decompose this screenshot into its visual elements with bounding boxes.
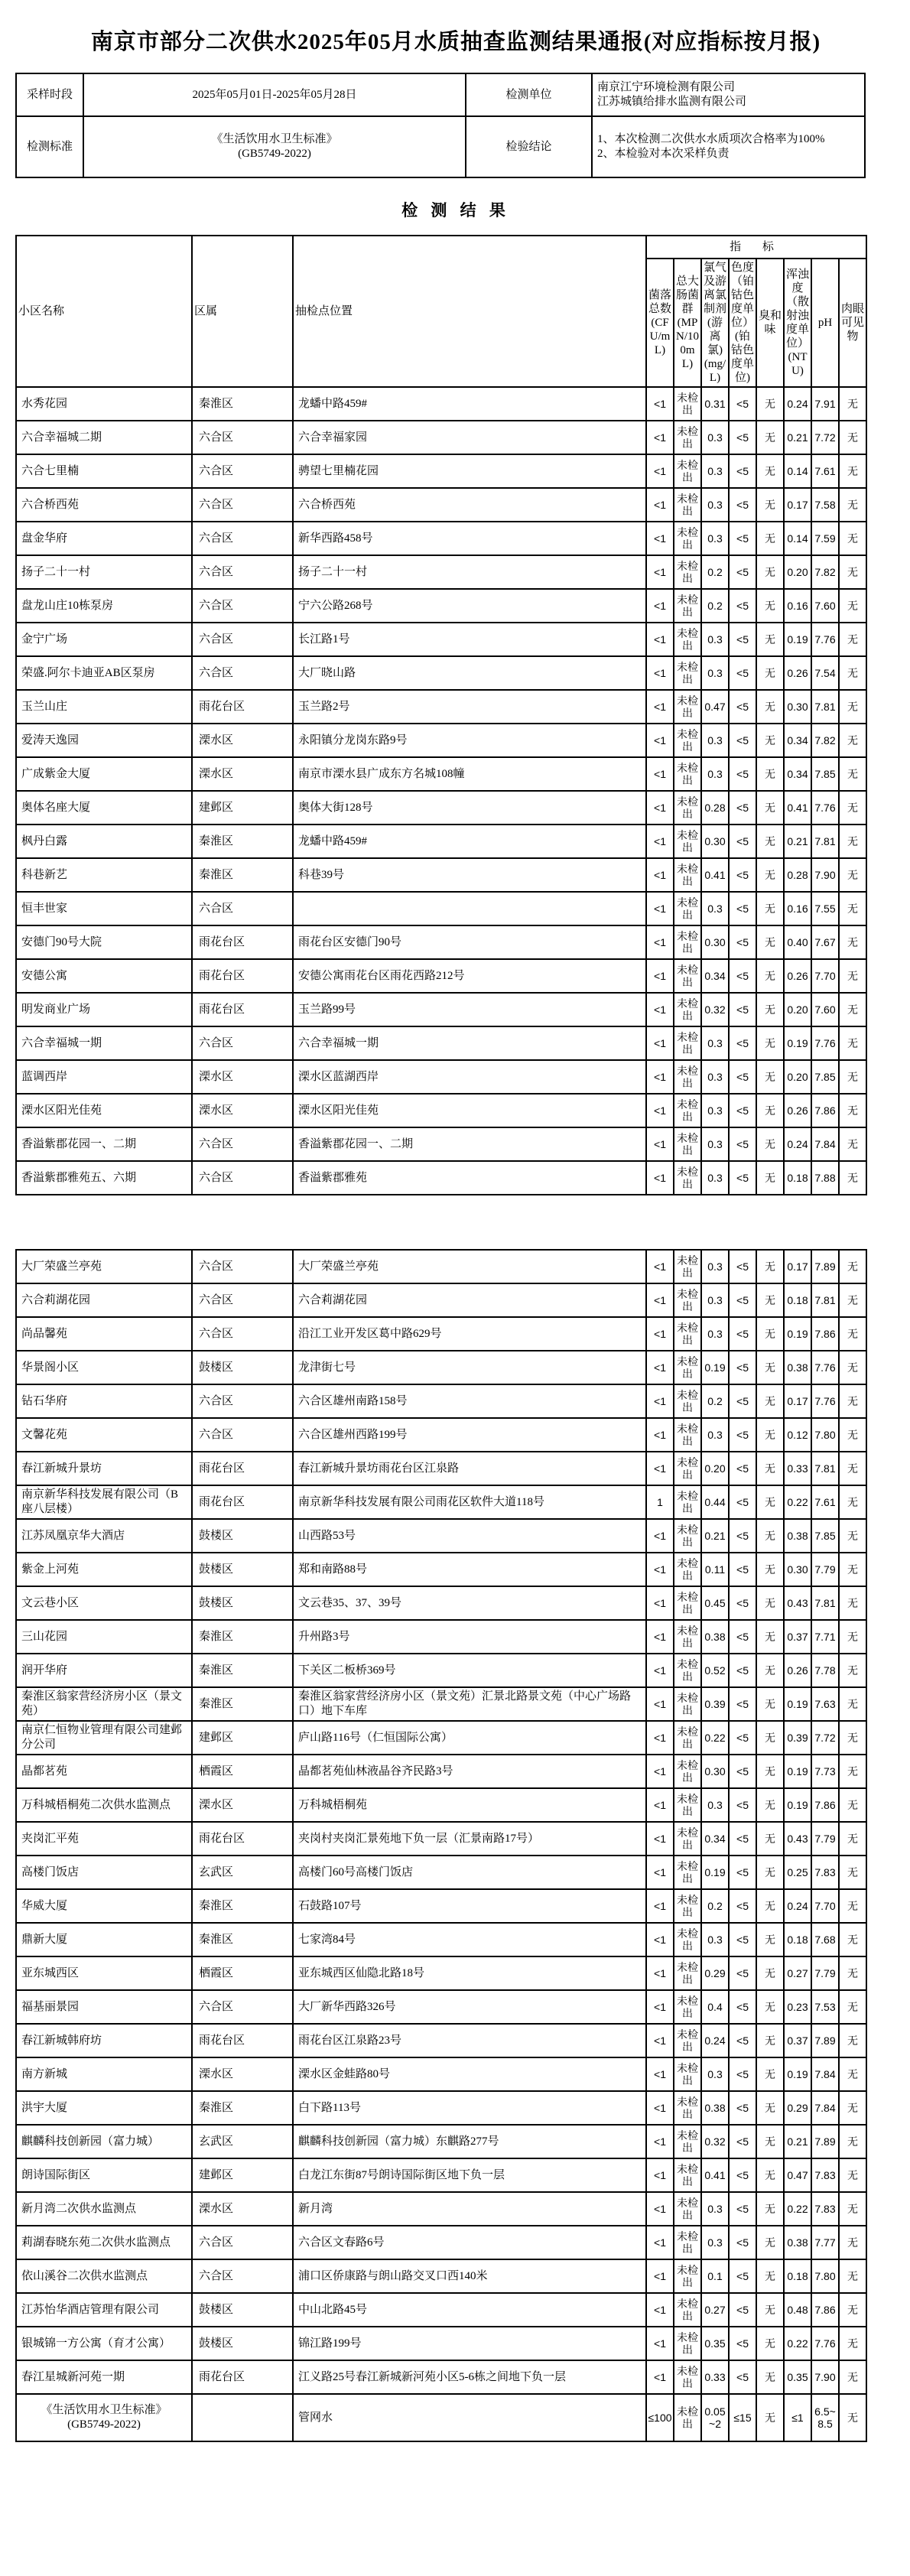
indicator-value-cell: 0.3 xyxy=(701,2226,729,2259)
indicator-value-cell: 未检出 xyxy=(674,2125,701,2158)
sampling-location-cell: 龙津街七号 xyxy=(293,1351,646,1384)
indicator-value-cell: 0.29 xyxy=(701,1956,729,1990)
header-row-group: 小区名称 区属 抽检点位置 指 标 xyxy=(16,236,866,259)
indicator-value-cell: 未检出 xyxy=(674,1721,701,1755)
indicator-value-cell: 无 xyxy=(839,959,866,993)
indicator-value-cell: <5 xyxy=(729,2125,756,2158)
page-title: 南京市部分二次供水2025年05月水质抽查监测结果通报(对应指标按月报) xyxy=(15,24,896,56)
indicator-value-cell: 0.30 xyxy=(701,1755,729,1788)
indicator-value-cell: 无 xyxy=(756,1384,784,1418)
sampling-location-cell: 大厂晓山路 xyxy=(293,656,646,690)
indicator-value-cell: 未检出 xyxy=(674,1956,701,1990)
community-name-cell: 扬子二十一村 xyxy=(16,555,192,589)
sampling-location-cell: 下关区二板桥369号 xyxy=(293,1654,646,1687)
indicator-value-cell: <1 xyxy=(646,791,674,825)
district-cell: 鼓楼区 xyxy=(192,1553,293,1586)
district-cell: 秦淮区 xyxy=(192,2091,293,2125)
indicator-value-cell: 无 xyxy=(756,2327,784,2360)
table-row: 文云巷小区鼓楼区文云巷35、37、39号<1未检出0.45<5无0.437.81… xyxy=(16,1586,866,1620)
indicator-value-cell: 7.86 xyxy=(811,1094,839,1127)
indicator-value-cell: <5 xyxy=(729,1923,756,1956)
indicator-value-cell: 无 xyxy=(839,892,866,925)
indicator-value-cell: <1 xyxy=(646,555,674,589)
district-cell: 六合区 xyxy=(192,1384,293,1418)
sampling-location-cell: 锦江路199号 xyxy=(293,2327,646,2360)
indicator-value-cell: 无 xyxy=(756,2091,784,2125)
indicator-value-cell: 0.34 xyxy=(701,959,729,993)
indicator-value-cell: 无 xyxy=(756,1755,784,1788)
indicator-value-cell: 0.20 xyxy=(701,1452,729,1485)
indicator-value-cell: 7.85 xyxy=(811,757,839,791)
indicator-value-cell: 6.5~8.5 xyxy=(811,2394,839,2441)
indicator-value-cell: 0.3 xyxy=(701,1161,729,1195)
table-row: 盘金华府六合区新华西路458号<1未检出0.3<5无0.147.59无 xyxy=(16,522,866,555)
indicator-value-cell: <5 xyxy=(729,892,756,925)
indicator-value-cell: <5 xyxy=(729,2226,756,2259)
indicator-value-cell: <5 xyxy=(729,825,756,858)
indicator-value-cell: 无 xyxy=(756,387,784,421)
indicator-value-cell: 未检出 xyxy=(674,1094,701,1127)
indicator-value-cell: 无 xyxy=(839,1721,866,1755)
indicator-value-cell: 无 xyxy=(839,1452,866,1485)
indicator-value-cell: 无 xyxy=(756,2259,784,2293)
indicator-value-cell: 无 xyxy=(756,488,784,522)
indicator-value-cell: 未检出 xyxy=(674,1822,701,1856)
indicator-value-cell: 0.24 xyxy=(784,387,811,421)
indicator-value-cell: 无 xyxy=(756,1485,784,1519)
indicator-value-cell: 7.84 xyxy=(811,2057,839,2091)
indicator-value-cell: 0.16 xyxy=(784,892,811,925)
indicator-value-cell: 未检出 xyxy=(674,2394,701,2441)
district-cell: 秦淮区 xyxy=(192,858,293,892)
table-row: 香溢紫郡花园一、二期六合区香溢紫郡花园一、二期<1未检出0.3<5无0.247.… xyxy=(16,1127,866,1161)
indicator-value-cell: 0.27 xyxy=(784,1956,811,1990)
district-cell: 鼓楼区 xyxy=(192,1519,293,1553)
indicator-value-cell: 无 xyxy=(839,1127,866,1161)
indicator-value-cell: 0.24 xyxy=(701,2024,729,2057)
indicator-value-cell: 未检出 xyxy=(674,1990,701,2024)
testing-unit-label: 检测单位 xyxy=(466,73,592,116)
indicator-value-cell: 0.22 xyxy=(784,1485,811,1519)
indicator-value-cell: <1 xyxy=(646,2024,674,2057)
sampling-location-cell: 长江路1号 xyxy=(293,623,646,656)
indicator-value-cell: 7.81 xyxy=(811,825,839,858)
indicator-value-cell: 未检出 xyxy=(674,1317,701,1351)
community-name-cell: 尚品馨苑 xyxy=(16,1317,192,1351)
info-row-sampling: 采样时段 2025年05月01日-2025年05月28日 检测单位 南京江宁环境… xyxy=(16,73,865,116)
indicator-value-cell: 未检出 xyxy=(674,959,701,993)
indicator-value-cell: 无 xyxy=(839,2327,866,2360)
district-cell: 溧水区 xyxy=(192,2057,293,2091)
indicator-value-cell: <5 xyxy=(729,1586,756,1620)
col-header-indicator: pH xyxy=(811,259,839,387)
indicator-value-cell: 0.21 xyxy=(784,825,811,858)
indicator-value-cell: 0.17 xyxy=(784,1384,811,1418)
table-row: 金宁广场六合区长江路1号<1未检出0.3<5无0.197.76无 xyxy=(16,623,866,656)
indicator-value-cell: 7.85 xyxy=(811,1519,839,1553)
indicator-value-cell: 0.3 xyxy=(701,1094,729,1127)
indicator-value-cell: <1 xyxy=(646,1822,674,1856)
indicator-value-cell: <1 xyxy=(646,993,674,1026)
indicator-value-cell: 0.29 xyxy=(784,2091,811,2125)
indicator-value-cell: 0.3 xyxy=(701,656,729,690)
sampling-location-cell: 南京新华科技发展有限公司雨花区软件大道118号 xyxy=(293,1485,646,1519)
indicator-value-cell: ≤15 xyxy=(729,2394,756,2441)
page-break-gap xyxy=(15,1195,896,1249)
indicator-value-cell: 无 xyxy=(756,757,784,791)
indicator-value-cell: 0.14 xyxy=(784,454,811,488)
sampling-location-cell: 庐山路116号（仁恒国际公寓） xyxy=(293,1721,646,1755)
indicator-value-cell: 7.91 xyxy=(811,387,839,421)
indicator-value-cell: <1 xyxy=(646,690,674,724)
sampling-location-cell: 龙蟠中路459# xyxy=(293,387,646,421)
table-row: 溧水区阳光佳苑溧水区溧水区阳光佳苑<1未检出0.3<5无0.267.86无 xyxy=(16,1094,866,1127)
table-row: 六合七里楠六合区骋望七里楠花园<1未检出0.3<5无0.147.61无 xyxy=(16,454,866,488)
indicator-value-cell: 无 xyxy=(756,1418,784,1452)
indicator-value-cell: 无 xyxy=(839,1250,866,1283)
indicator-value-cell: 无 xyxy=(756,825,784,858)
indicator-value-cell: 无 xyxy=(839,2259,866,2293)
indicator-value-cell: <1 xyxy=(646,1351,674,1384)
indicator-value-cell: 未检出 xyxy=(674,1026,701,1060)
indicator-value-cell: 0.38 xyxy=(784,2226,811,2259)
indicator-value-cell: 无 xyxy=(756,1127,784,1161)
community-name-cell: 水秀花园 xyxy=(16,387,192,421)
indicator-value-cell: 无 xyxy=(756,1161,784,1195)
indicator-value-cell: 7.70 xyxy=(811,959,839,993)
table-row: 江苏凤凰京华大酒店鼓楼区山西路53号<1未检出0.21<5无0.387.85无 xyxy=(16,1519,866,1553)
community-name-cell: 明发商业广场 xyxy=(16,993,192,1026)
community-name-cell: 麒麟科技创新园（富力城） xyxy=(16,2125,192,2158)
indicator-value-cell: 无 xyxy=(756,1250,784,1283)
indicator-value-cell: 无 xyxy=(756,1990,784,2024)
indicator-value-cell: 0.3 xyxy=(701,1923,729,1956)
table-row: 大厂荣盛兰亭苑六合区大厂荣盛兰亭苑<1未检出0.3<5无0.177.89无 xyxy=(16,1250,866,1283)
indicator-value-cell: <1 xyxy=(646,656,674,690)
indicator-value-cell: <5 xyxy=(729,724,756,757)
district-cell: 秦淮区 xyxy=(192,1620,293,1654)
indicator-value-cell: 无 xyxy=(839,2091,866,2125)
indicator-value-cell: 0.22 xyxy=(701,1721,729,1755)
indicator-value-cell: <5 xyxy=(729,993,756,1026)
indicator-value-cell: 7.61 xyxy=(811,1485,839,1519)
indicator-value-cell: 无 xyxy=(756,589,784,623)
district-cell: 雨花台区 xyxy=(192,1485,293,1519)
community-name-cell: 南京新华科技发展有限公司（B座八层楼） xyxy=(16,1485,192,1519)
community-name-cell: 三山花园 xyxy=(16,1620,192,1654)
col-header-indicator: 臭和味 xyxy=(756,259,784,387)
indicator-value-cell: 0.33 xyxy=(701,2360,729,2394)
indicator-value-cell: <5 xyxy=(729,1687,756,1721)
indicator-value-cell: 无 xyxy=(756,1923,784,1956)
table-row: 洪宇大厦秦淮区白下路113号<1未检出0.38<5无0.297.84无 xyxy=(16,2091,866,2125)
table-row: 六合莉湖花园六合区六合莉湖花园<1未检出0.3<5无0.187.81无 xyxy=(16,1283,866,1317)
indicator-value-cell: 0.05~2 xyxy=(701,2394,729,2441)
indicator-value-cell: 无 xyxy=(839,454,866,488)
indicator-value-cell: 0.34 xyxy=(784,757,811,791)
indicator-value-cell: 0.3 xyxy=(701,454,729,488)
sampling-location-cell: 玉兰路2号 xyxy=(293,690,646,724)
indicator-value-cell: 未检出 xyxy=(674,1060,701,1094)
indicator-value-cell: <1 xyxy=(646,1384,674,1418)
indicator-value-cell: <5 xyxy=(729,1283,756,1317)
indicator-value-cell: 0.32 xyxy=(701,993,729,1026)
indicator-value-cell: <5 xyxy=(729,1452,756,1485)
indicator-value-cell: 无 xyxy=(839,724,866,757)
indicator-value-cell: 0.19 xyxy=(784,1687,811,1721)
indicator-value-cell: 0.26 xyxy=(784,959,811,993)
indicator-value-cell: 未检出 xyxy=(674,724,701,757)
col-header-community: 小区名称 xyxy=(16,236,192,387)
indicator-value-cell: <1 xyxy=(646,387,674,421)
indicator-value-cell: 7.76 xyxy=(811,1026,839,1060)
indicator-value-cell: 7.83 xyxy=(811,1856,839,1889)
indicator-value-cell: 未检出 xyxy=(674,1586,701,1620)
indicator-value-cell: 无 xyxy=(839,522,866,555)
table-row: 鼎新大厦秦淮区七家湾84号<1未检出0.3<5无0.187.68无 xyxy=(16,1923,866,1956)
indicator-value-cell: 无 xyxy=(839,387,866,421)
table-row: 南京新华科技发展有限公司（B座八层楼）雨花台区南京新华科技发展有限公司雨花区软件… xyxy=(16,1485,866,1519)
indicator-value-cell: 无 xyxy=(839,2125,866,2158)
table-row: 江苏怡华酒店管理有限公司鼓楼区中山北路45号<1未检出0.27<5无0.487.… xyxy=(16,2293,866,2327)
community-name-cell: 香溢紫郡雅苑五、六期 xyxy=(16,1161,192,1195)
indicator-value-cell: 7.53 xyxy=(811,1990,839,2024)
community-name-cell: 高楼门饭店 xyxy=(16,1856,192,1889)
community-name-cell: 恒丰世家 xyxy=(16,892,192,925)
indicator-value-cell: 无 xyxy=(839,1026,866,1060)
table-row: 奥体名座大厦建邺区奥体大街128号<1未检出0.28<5无0.417.76无 xyxy=(16,791,866,825)
indicator-value-cell: 无 xyxy=(756,892,784,925)
community-name-cell: 科巷新艺 xyxy=(16,858,192,892)
indicator-value-cell: 未检出 xyxy=(674,2192,701,2226)
indicator-value-cell: <5 xyxy=(729,421,756,454)
indicator-value-cell: 7.81 xyxy=(811,1586,839,1620)
indicator-value-cell: 0.3 xyxy=(701,488,729,522)
community-name-cell: 春江星城新河苑一期 xyxy=(16,2360,192,2394)
sampling-location-cell: 安德公寓雨花台区雨花西路212号 xyxy=(293,959,646,993)
indicator-value-cell: <1 xyxy=(646,2125,674,2158)
sampling-location-cell: 新月湾 xyxy=(293,2192,646,2226)
indicator-value-cell: 无 xyxy=(839,1060,866,1094)
table-row: 尚品馨苑六合区沿江工业开发区葛中路629号<1未检出0.3<5无0.197.86… xyxy=(16,1317,866,1351)
indicator-value-cell: 7.54 xyxy=(811,656,839,690)
info-table: 采样时段 2025年05月01日-2025年05月28日 检测单位 南京江宁环境… xyxy=(15,73,866,178)
indicator-value-cell: 无 xyxy=(756,1586,784,1620)
indicator-value-cell: 无 xyxy=(839,1519,866,1553)
indicator-value-cell: <1 xyxy=(646,589,674,623)
indicator-value-cell: 7.80 xyxy=(811,1418,839,1452)
col-header-indicator: 色度（铂钴色度单位）(铂钴色度单位) xyxy=(729,259,756,387)
indicator-value-cell: 0.47 xyxy=(784,2158,811,2192)
sampling-period-label: 采样时段 xyxy=(16,73,83,116)
indicator-value-cell: <5 xyxy=(729,2192,756,2226)
community-name-cell: 广成紫金大厦 xyxy=(16,757,192,791)
community-name-cell: 六合莉湖花园 xyxy=(16,1283,192,1317)
district-cell: 六合区 xyxy=(192,1026,293,1060)
indicator-value-cell: 无 xyxy=(756,2293,784,2327)
indicator-value-cell: 未检出 xyxy=(674,1755,701,1788)
indicator-value-cell: 0.4 xyxy=(701,1990,729,2024)
indicator-value-cell: <1 xyxy=(646,1856,674,1889)
table-row: 广成紫金大厦溧水区南京市溧水县广成东方名城108幢<1未检出0.3<5无0.34… xyxy=(16,757,866,791)
indicator-value-cell: 0.19 xyxy=(701,1856,729,1889)
indicator-value-cell: 0.45 xyxy=(701,1586,729,1620)
indicator-value-cell: 未检出 xyxy=(674,387,701,421)
community-name-cell: 润开华府 xyxy=(16,1654,192,1687)
table-row: 万科城梧桐苑二次供水监测点溧水区万科城梧桐苑<1未检出0.3<5无0.197.8… xyxy=(16,1788,866,1822)
table-row: 春江新城升景坊雨花台区春江新城升景坊雨花台区江泉路<1未检出0.20<5无0.3… xyxy=(16,1452,866,1485)
district-cell: 六合区 xyxy=(192,656,293,690)
sampling-location-cell: 浦口区侨康路与朗山路交叉口西140米 xyxy=(293,2259,646,2293)
indicator-value-cell: 无 xyxy=(839,589,866,623)
indicator-value-cell: 0.28 xyxy=(701,791,729,825)
indicator-value-cell: <5 xyxy=(729,959,756,993)
district-cell: 六合区 xyxy=(192,2226,293,2259)
community-name-cell: 华景阁小区 xyxy=(16,1351,192,1384)
indicator-value-cell: 0.20 xyxy=(784,993,811,1026)
indicator-value-cell: 7.60 xyxy=(811,993,839,1026)
sampling-location-cell: 宁六公路268号 xyxy=(293,589,646,623)
community-name-cell: 江苏凤凰京华大酒店 xyxy=(16,1519,192,1553)
sampling-period-value: 2025年05月01日-2025年05月28日 xyxy=(83,73,466,116)
indicator-value-cell: 无 xyxy=(839,1990,866,2024)
indicator-value-cell: 未检出 xyxy=(674,421,701,454)
indicator-value-cell: 未检出 xyxy=(674,623,701,656)
indicator-value-cell: 未检出 xyxy=(674,522,701,555)
indicator-value-cell: <5 xyxy=(729,791,756,825)
indicator-value-cell: 0.3 xyxy=(701,1317,729,1351)
community-name-cell: 春江新城韩府坊 xyxy=(16,2024,192,2057)
sampling-location-cell: 郑和南路88号 xyxy=(293,1553,646,1586)
sampling-location-cell: 高楼门60号高楼门饭店 xyxy=(293,1856,646,1889)
indicator-value-cell: <5 xyxy=(729,1418,756,1452)
community-name-cell: 《生活饮用水卫生标准》 (GB5749-2022) xyxy=(16,2394,192,2441)
community-name-cell: 枫丹白露 xyxy=(16,825,192,858)
community-name-cell: 奥体名座大厦 xyxy=(16,791,192,825)
indicator-value-cell: 0.39 xyxy=(784,1721,811,1755)
district-cell: 秦淮区 xyxy=(192,825,293,858)
indicator-value-cell: <1 xyxy=(646,1788,674,1822)
district-cell: 六合区 xyxy=(192,1127,293,1161)
indicator-value-cell: 未检出 xyxy=(674,2024,701,2057)
indicator-value-cell: 0.44 xyxy=(701,1485,729,1519)
indicator-value-cell: 0.37 xyxy=(784,1620,811,1654)
district-cell: 溧水区 xyxy=(192,1094,293,1127)
community-name-cell: 玉兰山庄 xyxy=(16,690,192,724)
sampling-location-cell: 万科城梧桐苑 xyxy=(293,1788,646,1822)
community-name-cell: 依山溪谷二次供水监测点 xyxy=(16,2259,192,2293)
indicator-value-cell: <1 xyxy=(646,1721,674,1755)
community-name-cell: 荣盛.阿尔卡迪亚AB区泵房 xyxy=(16,656,192,690)
district-cell: 六合区 xyxy=(192,1250,293,1283)
table-row: 水秀花园秦淮区龙蟠中路459#<1未检出0.31<5无0.247.91无 xyxy=(16,387,866,421)
indicator-value-cell: 未检出 xyxy=(674,454,701,488)
sampling-location-cell: 管网水 xyxy=(293,2394,646,2441)
indicator-value-cell: <5 xyxy=(729,1317,756,1351)
table-row: 蓝调西岸溧水区溧水区蓝湖西岸<1未检出0.3<5无0.207.85无 xyxy=(16,1060,866,1094)
indicator-value-cell: 7.58 xyxy=(811,488,839,522)
indicator-value-cell: 0.21 xyxy=(784,421,811,454)
indicator-value-cell: <1 xyxy=(646,925,674,959)
indicator-value-cell: 0.3 xyxy=(701,1250,729,1283)
indicator-value-cell: 0.3 xyxy=(701,2192,729,2226)
indicator-value-cell: 无 xyxy=(839,1620,866,1654)
table-row: 华景阁小区鼓楼区龙津街七号<1未检出0.19<5无0.387.76无 xyxy=(16,1351,866,1384)
indicator-value-cell: 未检出 xyxy=(674,589,701,623)
indicator-value-cell: <5 xyxy=(729,1553,756,1586)
indicator-value-cell: 0.19 xyxy=(784,623,811,656)
indicator-value-cell: 无 xyxy=(839,1485,866,1519)
indicator-value-cell: 0.38 xyxy=(701,2091,729,2125)
community-name-cell: 银城锦一方公寓（育才公寓） xyxy=(16,2327,192,2360)
sampling-location-cell: 永阳镇分龙岗东路9号 xyxy=(293,724,646,757)
indicator-value-cell: <5 xyxy=(729,1026,756,1060)
district-cell: 雨花台区 xyxy=(192,1822,293,1856)
indicator-value-cell: 0.20 xyxy=(784,555,811,589)
district-cell: 六合区 xyxy=(192,421,293,454)
indicator-value-cell: <5 xyxy=(729,454,756,488)
indicator-value-cell: 0.27 xyxy=(701,2293,729,2327)
conclusion-label: 检验结论 xyxy=(466,116,592,177)
indicator-value-cell: 0.14 xyxy=(784,522,811,555)
indicator-value-cell: 0.3 xyxy=(701,892,729,925)
info-row-standard: 检测标准 《生活饮用水卫生标准》 (GB5749-2022) 检验结论 1、本次… xyxy=(16,116,865,177)
sampling-location-cell: 大厂荣盛兰亭苑 xyxy=(293,1250,646,1283)
indicator-value-cell: <1 xyxy=(646,1990,674,2024)
indicator-value-cell: 未检出 xyxy=(674,825,701,858)
indicator-value-cell: <5 xyxy=(729,1519,756,1553)
indicator-value-cell: ≤100 xyxy=(646,2394,674,2441)
indicator-value-cell: 无 xyxy=(756,1889,784,1923)
table-row: 紫金上河苑鼓楼区郑和南路88号<1未检出0.11<5无0.307.79无 xyxy=(16,1553,866,1586)
table-row: 华威大厦秦淮区石鼓路107号<1未检出0.2<5无0.247.70无 xyxy=(16,1889,866,1923)
indicator-value-cell: 无 xyxy=(839,1755,866,1788)
indicator-value-cell: 0.25 xyxy=(784,1856,811,1889)
sampling-location-cell: 溧水区阳光佳苑 xyxy=(293,1094,646,1127)
indicator-value-cell: 0.16 xyxy=(784,589,811,623)
table-row: 朗诗国际街区建邺区白龙江东街87号朗诗国际街区地下负一层<1未检出0.41<5无… xyxy=(16,2158,866,2192)
indicator-value-cell: 未检出 xyxy=(674,488,701,522)
indicator-value-cell: 0.38 xyxy=(701,1620,729,1654)
indicator-value-cell: 未检出 xyxy=(674,2091,701,2125)
indicator-value-cell: 0.41 xyxy=(784,791,811,825)
indicator-value-cell: 未检出 xyxy=(674,2259,701,2293)
indicator-value-cell: 无 xyxy=(756,1721,784,1755)
indicator-value-cell: 0.3 xyxy=(701,623,729,656)
indicator-value-cell: 0.20 xyxy=(784,1060,811,1094)
indicator-value-cell: 7.88 xyxy=(811,1161,839,1195)
indicator-value-cell: 7.79 xyxy=(811,1822,839,1856)
indicator-value-cell: <5 xyxy=(729,2259,756,2293)
community-name-cell: 大厂荣盛兰亭苑 xyxy=(16,1250,192,1283)
table-row: 六合幸福城二期六合区六合幸福家园<1未检出0.3<5无0.217.72无 xyxy=(16,421,866,454)
indicator-value-cell: 0.19 xyxy=(784,1317,811,1351)
table-row: 盘龙山庄10栋泵房六合区宁六公路268号<1未检出0.2<5无0.167.60无 xyxy=(16,589,866,623)
indicator-value-cell: 无 xyxy=(756,1317,784,1351)
indicator-value-cell: 未检出 xyxy=(674,690,701,724)
sampling-location-cell: 溧水区蓝湖西岸 xyxy=(293,1060,646,1094)
indicator-value-cell: 未检出 xyxy=(674,1351,701,1384)
indicator-value-cell: 无 xyxy=(839,1351,866,1384)
indicator-value-cell: <1 xyxy=(646,858,674,892)
indicator-value-cell: 无 xyxy=(839,925,866,959)
col-header-indicators-group: 指 标 xyxy=(646,236,866,259)
sampling-location-cell: 沿江工业开发区葛中路629号 xyxy=(293,1317,646,1351)
indicator-value-cell: 0.31 xyxy=(701,387,729,421)
indicator-value-cell: <1 xyxy=(646,1889,674,1923)
district-cell xyxy=(192,2394,293,2441)
sampling-location-cell: 六合桥西苑 xyxy=(293,488,646,522)
